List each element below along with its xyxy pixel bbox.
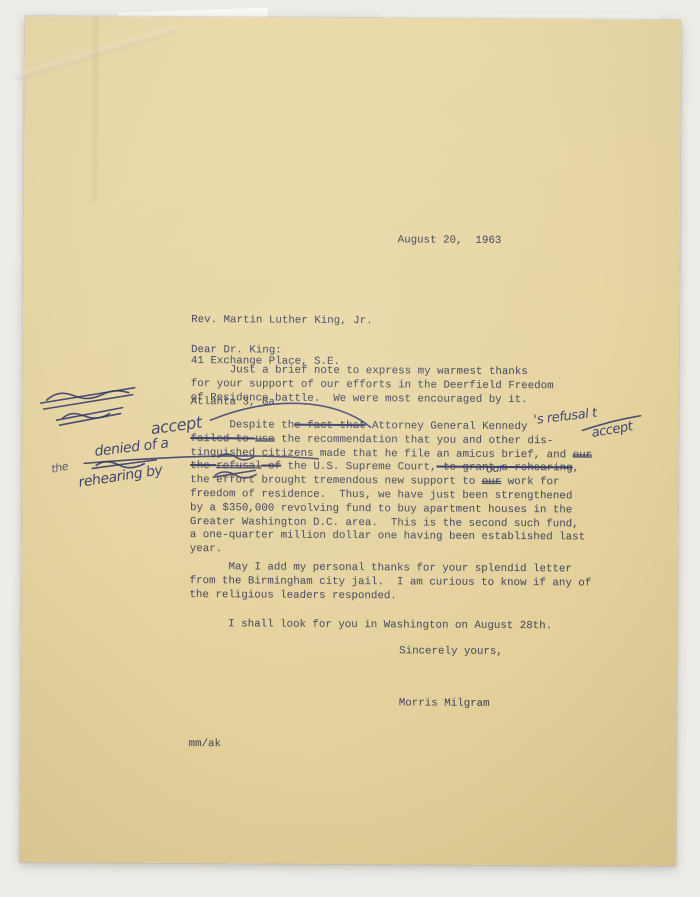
handwritten-denied-of-a: denied of a (94, 435, 170, 460)
closing: Sincerely yours, (399, 645, 503, 659)
reference-initials: mm/ak (189, 738, 221, 752)
typed-line: I shall look for you in Washington on Au… (189, 618, 552, 634)
paragraph-despite-edits: Despite the fact that Attorney General K… (190, 419, 593, 559)
crossed-scribble-1 (47, 390, 129, 400)
letter-page: August 20, 1963 Rev. Martin Luther King,… (20, 16, 681, 866)
typed-line: year. (190, 543, 592, 559)
typed-line: of Residence battle. We were most encour… (191, 392, 554, 408)
typed-line: the religious leaders responded. (189, 589, 591, 605)
paper-streak (92, 16, 98, 201)
salutation: Dear Dr. King: (191, 344, 282, 358)
scan-background: August 20, 1963 Rev. Martin Luther King,… (0, 0, 700, 897)
crossed-scribble-2-strike (57, 407, 123, 425)
crossed-scribble-2 (63, 413, 110, 418)
handwritten-rehearing-by: rehearing by (77, 462, 163, 491)
recipient-address: Rev. Martin Luther King, Jr. 41 Exchange… (190, 286, 372, 439)
letter-date: August 20, 1963 (398, 234, 502, 248)
crossed-scribble-1-strike (41, 387, 135, 410)
paragraph-washington: I shall look for you in Washington on Au… (189, 618, 552, 634)
handwritten-our: our (486, 461, 504, 475)
recipient-name: Rev. Martin Luther King, Jr. (191, 314, 373, 329)
handwritten-the: the (50, 460, 69, 476)
typed-line: a one-quarter million dollar one having … (190, 529, 592, 545)
paragraph-birmingham: May I add my personal thanks for your sp… (189, 561, 591, 605)
handwritten-accept-right: accept (591, 419, 634, 441)
paragraph-thanks: Just a brief note to express my warmest … (191, 364, 554, 408)
signature-name: Morris Milgram (399, 697, 490, 711)
